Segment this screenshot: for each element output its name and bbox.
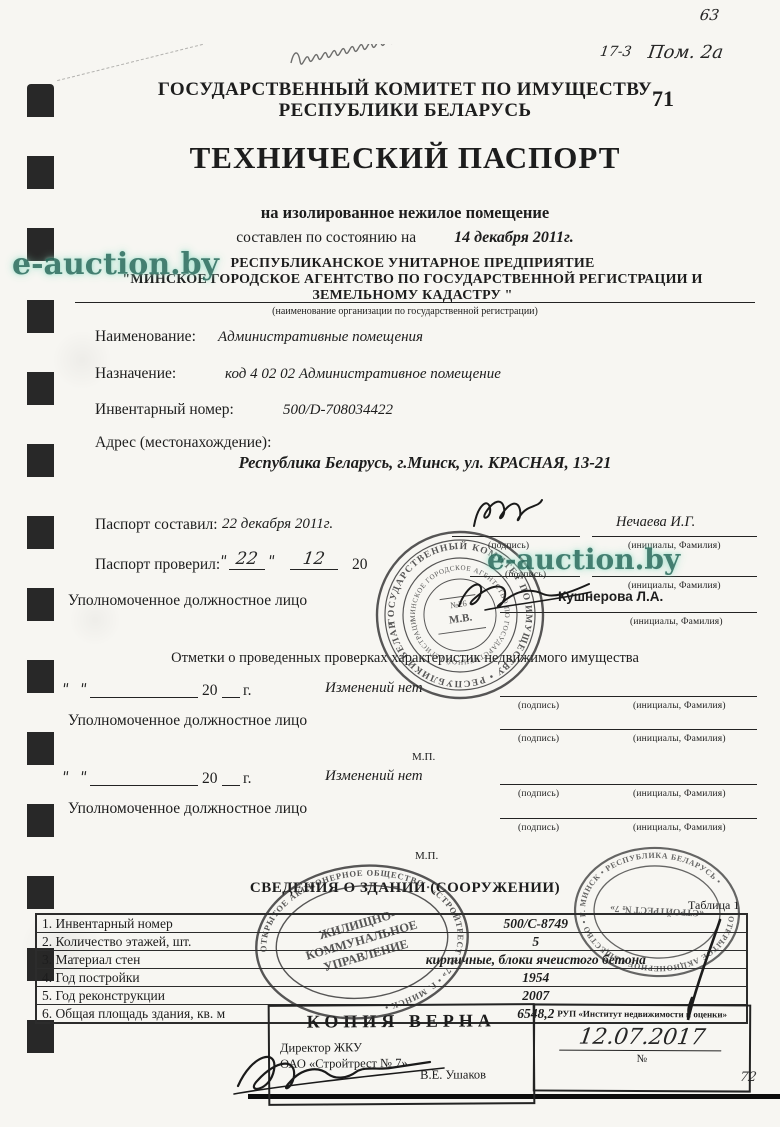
checked-day: 22 [235, 549, 259, 569]
compiler-signature [468, 492, 548, 534]
document-title: ТЕХНИЧЕСКИЙ ПАСПОРТ [70, 140, 740, 176]
official-signature [455, 570, 595, 618]
check-sign-line [500, 784, 757, 785]
registrar-underline [75, 302, 755, 303]
check-year-prefix: 20 [202, 682, 218, 700]
compiled-label: Паспорт составил: [95, 516, 218, 534]
checked-month-blank: 12 [290, 549, 338, 570]
sign-caption: (подпись) [518, 823, 559, 833]
check-year-blank [222, 785, 240, 786]
check-official-line [500, 729, 757, 730]
check-official-label: Уполномоченное должностное лицо [68, 712, 307, 730]
mp-mark: М.П. [412, 751, 435, 763]
committee-line1: ГОСУДАРСТВЕННЫЙ КОМИТЕТ ПО ИМУЩЕСТВУ [70, 80, 740, 101]
check-year-suffix: г. [243, 682, 251, 700]
check-date-blank [90, 697, 198, 698]
purpose-label: Назначение: [95, 365, 176, 383]
check-year-suffix: г. [243, 770, 251, 788]
check-date-blank [90, 785, 198, 786]
e-auction-watermark: e-auction.by [487, 543, 680, 576]
name-caption: (инициалы, Фамилия) [630, 617, 723, 627]
quote-close: " [79, 768, 88, 786]
check-official-line [500, 818, 757, 819]
committee-header: ГОСУДАРСТВЕННЫЙ КОМИТЕТ ПО ИМУЩЕСТВУ РЕС… [70, 80, 740, 122]
quote-open: " [61, 680, 70, 698]
checked-day-blank: 22 [229, 549, 265, 570]
as-of-label: составлен по состоянию на [236, 229, 416, 246]
quote-close: " [267, 552, 276, 570]
rup-number-label: № [535, 1052, 749, 1065]
compiled-name-line [592, 536, 757, 537]
oval-seal-housing-dept: ОТКРЫТОЕ АКЦИОНЕРНОЕ ОБЩЕСТВО • «СТРОЙТР… [238, 844, 487, 1039]
handwritten-checkmark [680, 916, 726, 1030]
sign-caption: (подпись) [518, 701, 559, 711]
check-year-prefix: 20 [202, 770, 218, 788]
name-label: Наименование: [95, 328, 196, 346]
check-year-blank [222, 697, 240, 698]
no-changes-note: Изменений нет [325, 768, 423, 785]
name-caption: (инициалы, Фамилия) [633, 789, 726, 799]
handwritten-top-right-note: Пом. 2а [647, 42, 725, 63]
purpose-value: код 4 02 02 Административное помещение [225, 366, 501, 383]
sign-caption: (подпись) [518, 734, 559, 744]
name-caption: (инициалы, Фамилия) [633, 734, 726, 744]
name-caption: (инициалы, Фамилия) [633, 701, 726, 711]
address-value: Республика Беларусь, г.Минск, ул. КРАСНА… [150, 453, 700, 473]
checked-name-line [592, 576, 757, 577]
sign-caption: (подпись) [518, 789, 559, 799]
handwritten-scribble-note: 17-3 [599, 44, 633, 60]
quote-close: " [79, 680, 88, 698]
committee-line2: РЕСПУБЛИКИ БЕЛАРУСЬ [70, 101, 740, 122]
handwritten-scribble [288, 44, 594, 70]
director-signature [230, 1038, 450, 1108]
checked-month: 12 [302, 549, 326, 569]
compiled-date: 22 декабря 2011г. [222, 516, 333, 533]
as-of-date: 14 декабря 2011г. [454, 229, 574, 246]
inventory-label: Инвентарный номер: [95, 401, 234, 419]
page-number: 71 [652, 86, 674, 112]
name-caption: (инициалы, Фамилия) [633, 823, 726, 833]
as-of-row: составлен по состоянию на 14 декабря 201… [70, 229, 740, 247]
registrar-caption: (наименование организации по государстве… [70, 306, 740, 317]
document-subtitle: на изолированное нежилое помещение [70, 203, 740, 223]
check-official-label: Уполномоченное должностное лицо [68, 800, 307, 818]
address-label: Адрес (местонахождение): [95, 434, 271, 452]
name-value: Административные помещения [218, 329, 423, 346]
scanned-document-page: 63 17-3 Пом. 2а ГОСУДАРСТВЕННЫЙ КОМИТЕТ … [0, 0, 780, 1127]
compiled-name: Нечаева И.Г. [616, 514, 695, 531]
quote-open: " [61, 768, 70, 786]
quote-open: " [219, 552, 228, 570]
official-label: Уполномоченное должностное лицо [68, 592, 307, 610]
handwritten-corner-number: 63 [699, 6, 721, 24]
paper-crease [57, 44, 203, 81]
e-auction-watermark: e-auction.by [12, 247, 219, 282]
checked-label: Паспорт проверил: [95, 556, 220, 574]
inventory-value: 500/D-708034422 [283, 402, 393, 419]
check-sign-line [500, 696, 757, 697]
